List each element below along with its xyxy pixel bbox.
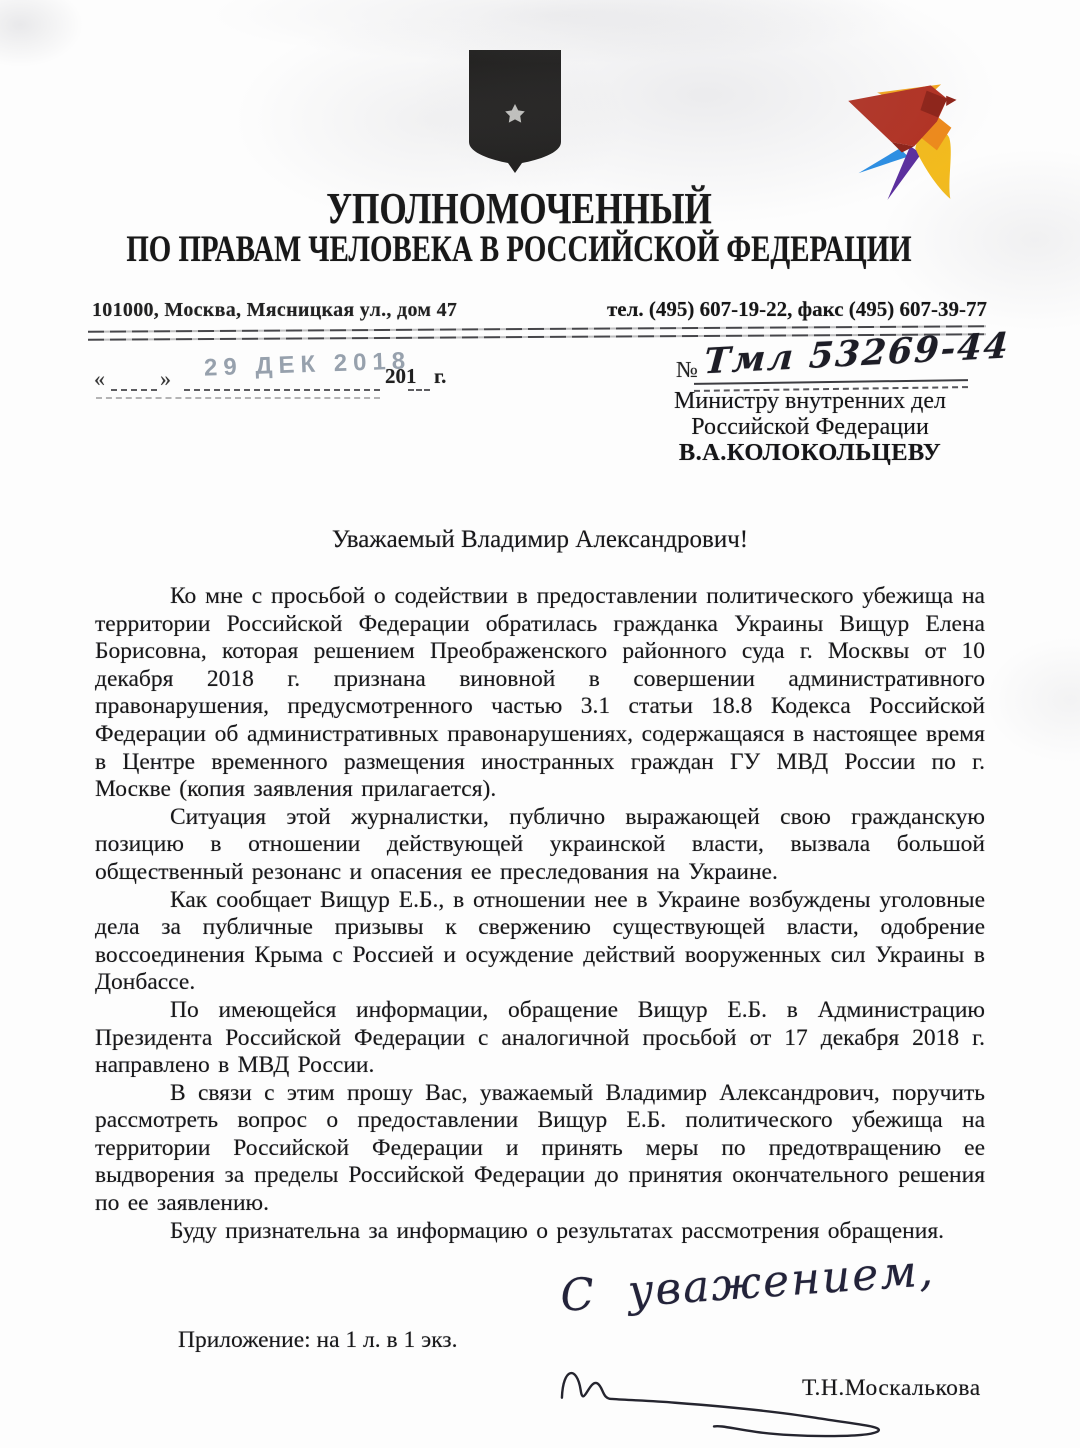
recipient-name: В.А.КОЛОКОЛЬЦЕВУ xyxy=(652,440,968,466)
date-quote-open: « xyxy=(94,366,105,392)
recipient-block: Министру внутренних дел Российской Федер… xyxy=(652,389,968,466)
shield-svg xyxy=(467,48,563,174)
letter-body: Ко мне с просьбой о содействии в предост… xyxy=(95,583,985,1245)
paragraph: Ситуация этой журналистки, публично выра… xyxy=(95,804,985,887)
handwritten-regards: С уважением, xyxy=(559,1245,937,1322)
letterhead-title-line1: УПОЛНОМОЧЕННЫЙ xyxy=(87,183,951,234)
paragraph: Ко мне с просьбой о содействии в предост… xyxy=(95,583,985,804)
divider-rule-top xyxy=(88,325,986,332)
coat-of-arms-shield-icon xyxy=(467,48,563,174)
date-blank-line xyxy=(111,389,157,391)
paragraph: Как сообщает Вищур Е.Б., в отношении нее… xyxy=(95,887,985,997)
year-suffix: г. xyxy=(434,364,446,389)
address-line: 101000, Москва, Мясницкая ул., дом 47 xyxy=(92,299,457,322)
salutation: Уважаемый Владимир Александрович! xyxy=(0,526,1080,554)
attachment-line: Приложение: на 1 л. в 1 экз. xyxy=(178,1327,457,1354)
date-blank-line xyxy=(96,397,380,399)
scanned-letter-page: УПОЛНОМОЧЕННЫЙ ПО ПРАВАМ ЧЕЛОВЕКА В РОСС… xyxy=(0,0,1080,1448)
recipient-line: Российской Федерации xyxy=(652,415,968,441)
recipient-line: Министру внутренних дел xyxy=(652,389,968,415)
letterhead-contact-row: 101000, Москва, Мясницкая ул., дом 47 те… xyxy=(92,297,987,322)
paragraph: Буду признательна за информацию о резуль… xyxy=(95,1218,985,1246)
letterhead-title-line2: ПО ПРАВАМ ЧЕЛОВЕКА В РОССИЙСКОЙ ФЕДЕРАЦИ… xyxy=(98,228,940,271)
phone-fax-line: тел. (495) 607-19-22, факс (495) 607-39-… xyxy=(607,297,987,322)
date-quote-close: » xyxy=(160,366,171,392)
paragraph: В связи с этим прошу Вас, уважаемый Влад… xyxy=(95,1080,985,1218)
number-sign-label: № xyxy=(676,357,698,383)
date-blank-line xyxy=(184,389,380,391)
date-blank-line xyxy=(408,389,430,391)
paragraph: По имеющейся информации, обращение Вищур… xyxy=(95,997,985,1080)
signature-name: Т.Н.Москалькова xyxy=(802,1375,981,1402)
date-stamp: 29 ДЕК 2018 xyxy=(204,347,412,382)
